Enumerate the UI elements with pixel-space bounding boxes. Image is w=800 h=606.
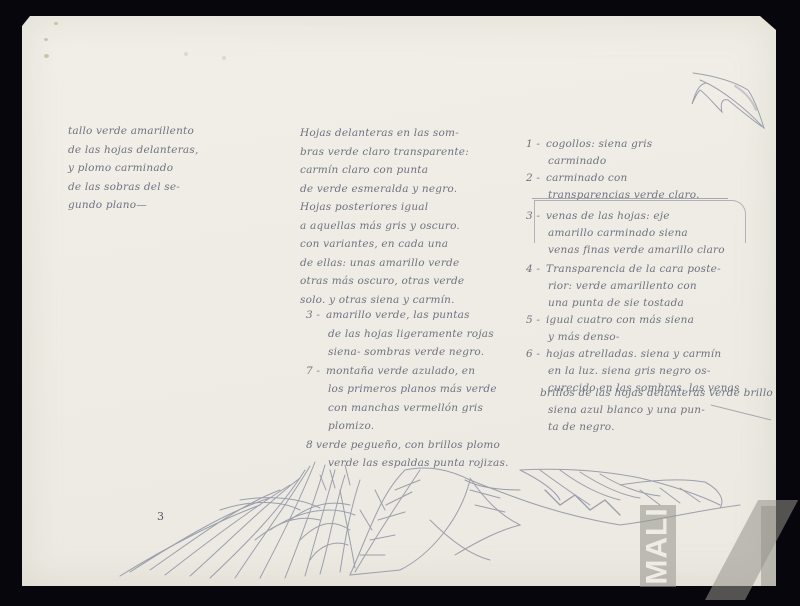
note-line: de verde esmeralda y negro.: [300, 180, 469, 199]
item-number: 5 -: [526, 312, 546, 329]
item-3-bracket: [534, 200, 746, 243]
note-line: Hojas delanteras en las som-: [300, 124, 469, 143]
note-line: de las hojas ligeramente rojas: [306, 325, 509, 344]
note-line: bras verde claro transparente:: [300, 143, 469, 162]
note-line: montaña verde azulado, en: [326, 365, 475, 377]
leaf-sketch-top-right: [692, 73, 764, 128]
note-line: de ellas: unas amarillo verde: [300, 254, 469, 273]
note-line: carmín claro con punta: [300, 161, 469, 180]
note-line: tallo verde amarillento: [68, 122, 199, 141]
item-number: 8: [306, 436, 316, 455]
item-number: 7 -: [306, 362, 326, 381]
note-line: y plomo carminado: [68, 159, 199, 178]
note-line: rior: verde amarillento con: [526, 278, 740, 295]
spiky-plant-sketch: [120, 462, 360, 578]
note-line: amarillo verde, las puntas: [326, 309, 470, 321]
note-line: de las hojas delanteras,: [68, 141, 199, 160]
note-line: gundo plano—: [68, 196, 199, 215]
note-line: con variantes, en cada una: [300, 235, 469, 254]
note-line: igual cuatro con más siena: [546, 314, 694, 326]
note-item-8: 8verde pegueño, con brillos plomo verde …: [306, 436, 509, 473]
note-item-1: 1 -cogollos: siena gris carminado: [526, 136, 740, 170]
note-line: ta de negro.: [540, 419, 773, 436]
watermark-bar-shape: [761, 506, 776, 586]
note-line: de las sobras del se-: [68, 178, 199, 197]
note-left-column: tallo verde amarillento de las hojas del…: [68, 122, 199, 215]
note-right-items: 1 -cogollos: siena gris carminado 2 -car…: [526, 136, 740, 397]
item-number: 2 -: [526, 170, 546, 187]
note-item-4: 4 -Transparencia de la cara poste- rior:…: [526, 261, 740, 312]
veined-leaves-sketch: [350, 468, 740, 575]
note-item-3: 3 -amarillo verde, las puntas de las hoj…: [306, 306, 509, 362]
note-line: Transparencia de la cara poste-: [546, 263, 721, 275]
note-line: siena- sombras verde negro.: [306, 343, 509, 362]
note-line: a aquellas más gris y oscuro.: [300, 217, 469, 236]
note-line: brillos de las hojas delanteras verde br…: [540, 385, 773, 402]
watermark-text: MALI: [641, 507, 675, 584]
note-line: verde pegueño, con brillos plomo: [316, 439, 500, 451]
item-number: 3 -: [306, 306, 326, 325]
note-line: en la luz. siena gris negro os-: [526, 363, 740, 380]
note-line: cogollos: siena gris: [546, 138, 652, 150]
note-line: carminado con: [546, 172, 627, 184]
separator-line: [532, 198, 728, 199]
note-middle-items: 3 -amarillo verde, las puntas de las hoj…: [306, 306, 509, 473]
note-line: Hojas posteriores igual: [300, 198, 469, 217]
item-number: 6 -: [526, 346, 546, 363]
item-number: 1 -: [526, 136, 546, 153]
note-line: con manchas vermellón gris: [306, 399, 509, 418]
note-line: y más denso-: [526, 329, 740, 346]
item-number: 4 -: [526, 261, 546, 278]
note-item-5: 5 -igual cuatro con más siena y más dens…: [526, 312, 740, 346]
page-number-mark: 3: [157, 510, 164, 523]
note-item-7: 7 -montaña verde azulado, en los primero…: [306, 362, 509, 436]
note-middle-column: Hojas delanteras en las som- bras verde …: [300, 124, 469, 309]
watermark-logo: MALI: [640, 505, 676, 587]
note-line: otras más oscuro, otras verde: [300, 272, 469, 291]
note-line: plomizo.: [306, 417, 509, 436]
note-line: los primeros planos más verde: [306, 380, 509, 399]
note-line: hojas atrelladas. siena y carmín: [546, 348, 721, 360]
note-line: carminado: [526, 153, 740, 170]
note-line: venas finas verde amarillo claro: [526, 242, 740, 259]
note-line: verde las espaldas punta rojizas.: [306, 454, 509, 473]
note-line: una punta de sie tostada: [526, 295, 740, 312]
